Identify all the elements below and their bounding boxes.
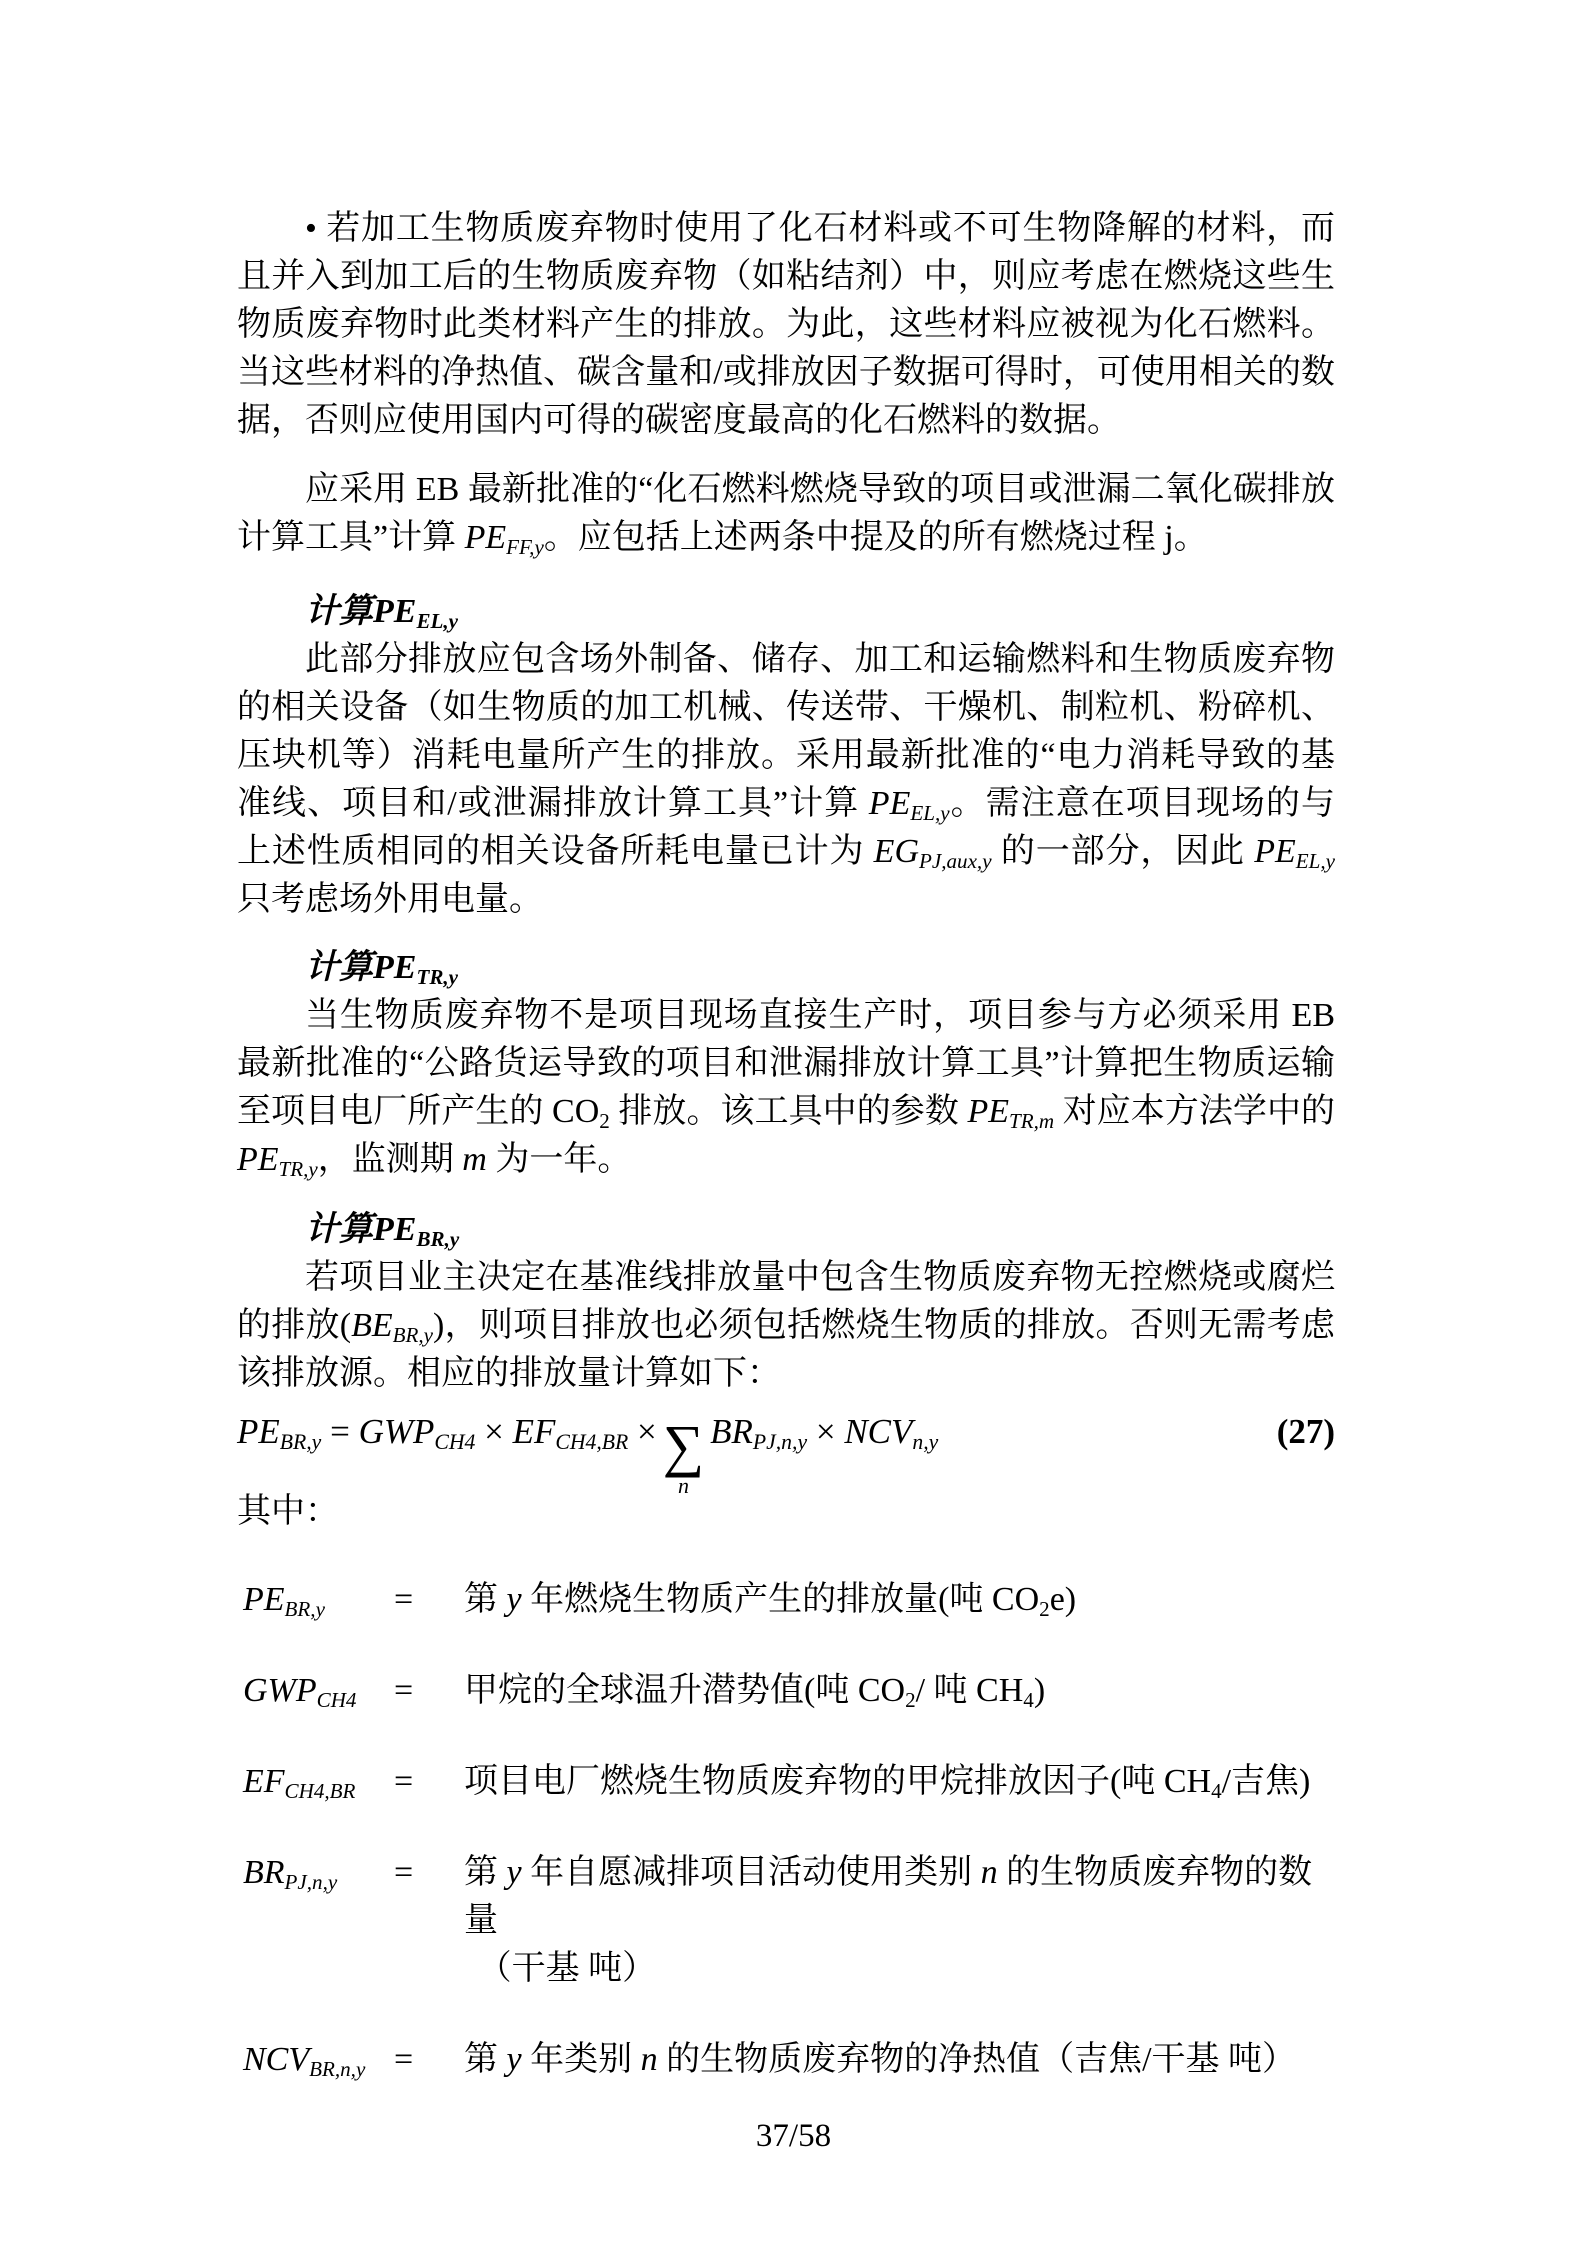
document-page: • 若加工生物质废弃物时使用了化石材料或不可生物降解的材料，而且并入到加工后的生… [0,0,1587,2245]
definition-description: 第 y 年类别 n 的生物质废弃物的净热值（吉焦/干基 吨） [464,2036,1335,2084]
definition-row-pe-br: PEBR,y = 第 y 年燃烧生物质产生的排放量(吨 CO2e) [237,1576,1335,1624]
paragraph-fossil-fuel-tool: 应采用 EB 最新批准的“化石燃料燃烧导致的项目或泄漏二氧化碳排放计算工具”计算… [237,466,1335,562]
definition-row-ncv-br-n-y: NCVBR,n,y = 第 y 年类别 n 的生物质废弃物的净热值（吉焦/干基 … [237,2036,1335,2084]
definition-symbol: BRPJ,n,y [237,1849,392,1993]
paragraph-pe-el: 此部分排放应包含场外制备、储存、加工和运输燃料和生物质废弃物的相关设备（如生物质… [237,636,1335,924]
definition-row-ef-ch4-br: EFCH4,BR = 项目电厂燃烧生物质废弃物的甲烷排放因子(吨 CH4/吉焦) [237,1758,1335,1806]
heading-text: 计算PEBR,y [305,1211,459,1248]
definition-row-gwp-ch4: GWPCH4 = 甲烷的全球温升潜势值(吨 CO2/ 吨 CH4) [237,1667,1335,1715]
equals-sign: = [392,1849,464,1993]
heading-text: 计算PETR,y [305,949,458,986]
definition-symbol: PEBR,y [237,1576,392,1624]
bullet-paragraph-text: 若加工生物质废弃物时使用了化石材料或不可生物降解的材料，而且并入到加工后的生物质… [237,210,1335,439]
equation-lhs: PEBR,y = GWPCH4 × EFCH4,BR × [237,1408,657,1456]
equals-sign: = [392,2036,464,2084]
sigma-icon: ∑ [663,1418,704,1474]
bullet-icon: • [305,210,326,247]
definitions-list: PEBR,y = 第 y 年燃烧生物质产生的排放量(吨 CO2e) GWPCH4… [237,1576,1335,2084]
paragraph-text: 若项目业主决定在基准线排放量中包含生物质废弃物无控燃烧或腐烂的排放(BEBR,y… [237,1259,1335,1392]
body-text: • 若加工生物质废弃物时使用了化石材料或不可生物降解的材料，而且并入到加工后的生… [237,205,1335,2084]
definition-symbol: EFCH4,BR [237,1758,392,1806]
definition-description-line2: （干基 吨） [464,1950,656,1987]
equals-sign: = [392,1758,464,1806]
equals-sign: = [392,1667,464,1715]
paragraph-text: 此部分排放应包含场外制备、储存、加工和运输燃料和生物质废弃物的相关设备（如生物质… [237,641,1335,918]
bullet-list-item: • 若加工生物质废弃物时使用了化石材料或不可生物降解的材料，而且并入到加工后的生… [237,205,1335,445]
definition-description: 甲烷的全球温升潜势值(吨 CO2/ 吨 CH4) [464,1667,1335,1715]
section-heading-pe-br: 计算PEBR,y [237,1206,1335,1254]
equals-sign: = [392,1576,464,1624]
definition-description: 第 y 年自愿减排项目活动使用类别 n 的生物质废弃物的数量 （干基 吨） [464,1849,1335,1993]
definition-description: 项目电厂燃烧生物质废弃物的甲烷排放因子(吨 CH4/吉焦) [464,1758,1335,1806]
summation-operator: ∑ n [663,1418,704,1498]
paragraph-text: 应采用 EB 最新批准的“化石燃料燃烧导致的项目或泄漏二氧化碳排放计算工具”计算… [237,471,1335,556]
page-number-footer: 37/58 [0,2112,1587,2160]
equation-rhs: BRPJ,n,y × NCVn,y [710,1408,938,1456]
definition-symbol: NCVBR,n,y [237,2036,392,2084]
section-heading-pe-el: 计算PEEL,y [237,588,1335,636]
definition-symbol: GWPCH4 [237,1667,392,1715]
where-label: 其中： [237,1488,1335,1536]
heading-text: 计算PEEL,y [305,593,458,630]
definition-description: 第 y 年燃烧生物质产生的排放量(吨 CO2e) [464,1576,1335,1624]
paragraph-text: 当生物质废弃物不是项目现场直接生产时，项目参与方必须采用 EB 最新批准的“公路… [237,997,1335,1178]
equation-27: PEBR,y = GWPCH4 × EFCH4,BR × ∑ n BRPJ,n,… [237,1408,1335,1488]
equation-number: (27) [1277,1408,1335,1456]
summation-index: n [678,1474,689,1498]
equation-expression: PEBR,y = GWPCH4 × EFCH4,BR × ∑ n BRPJ,n,… [237,1408,938,1488]
paragraph-pe-br: 若项目业主决定在基准线排放量中包含生物质废弃物无控燃烧或腐烂的排放(BEBR,y… [237,1254,1335,1398]
paragraph-pe-tr: 当生物质废弃物不是项目现场直接生产时，项目参与方必须采用 EB 最新批准的“公路… [237,992,1335,1184]
definition-row-br-pj-n-y: BRPJ,n,y = 第 y 年自愿减排项目活动使用类别 n 的生物质废弃物的数… [237,1849,1335,1993]
section-heading-pe-tr: 计算PETR,y [237,944,1335,992]
definition-description-line1: 第 y 年自愿减排项目活动使用类别 n 的生物质废弃物的数量 [464,1854,1312,1939]
